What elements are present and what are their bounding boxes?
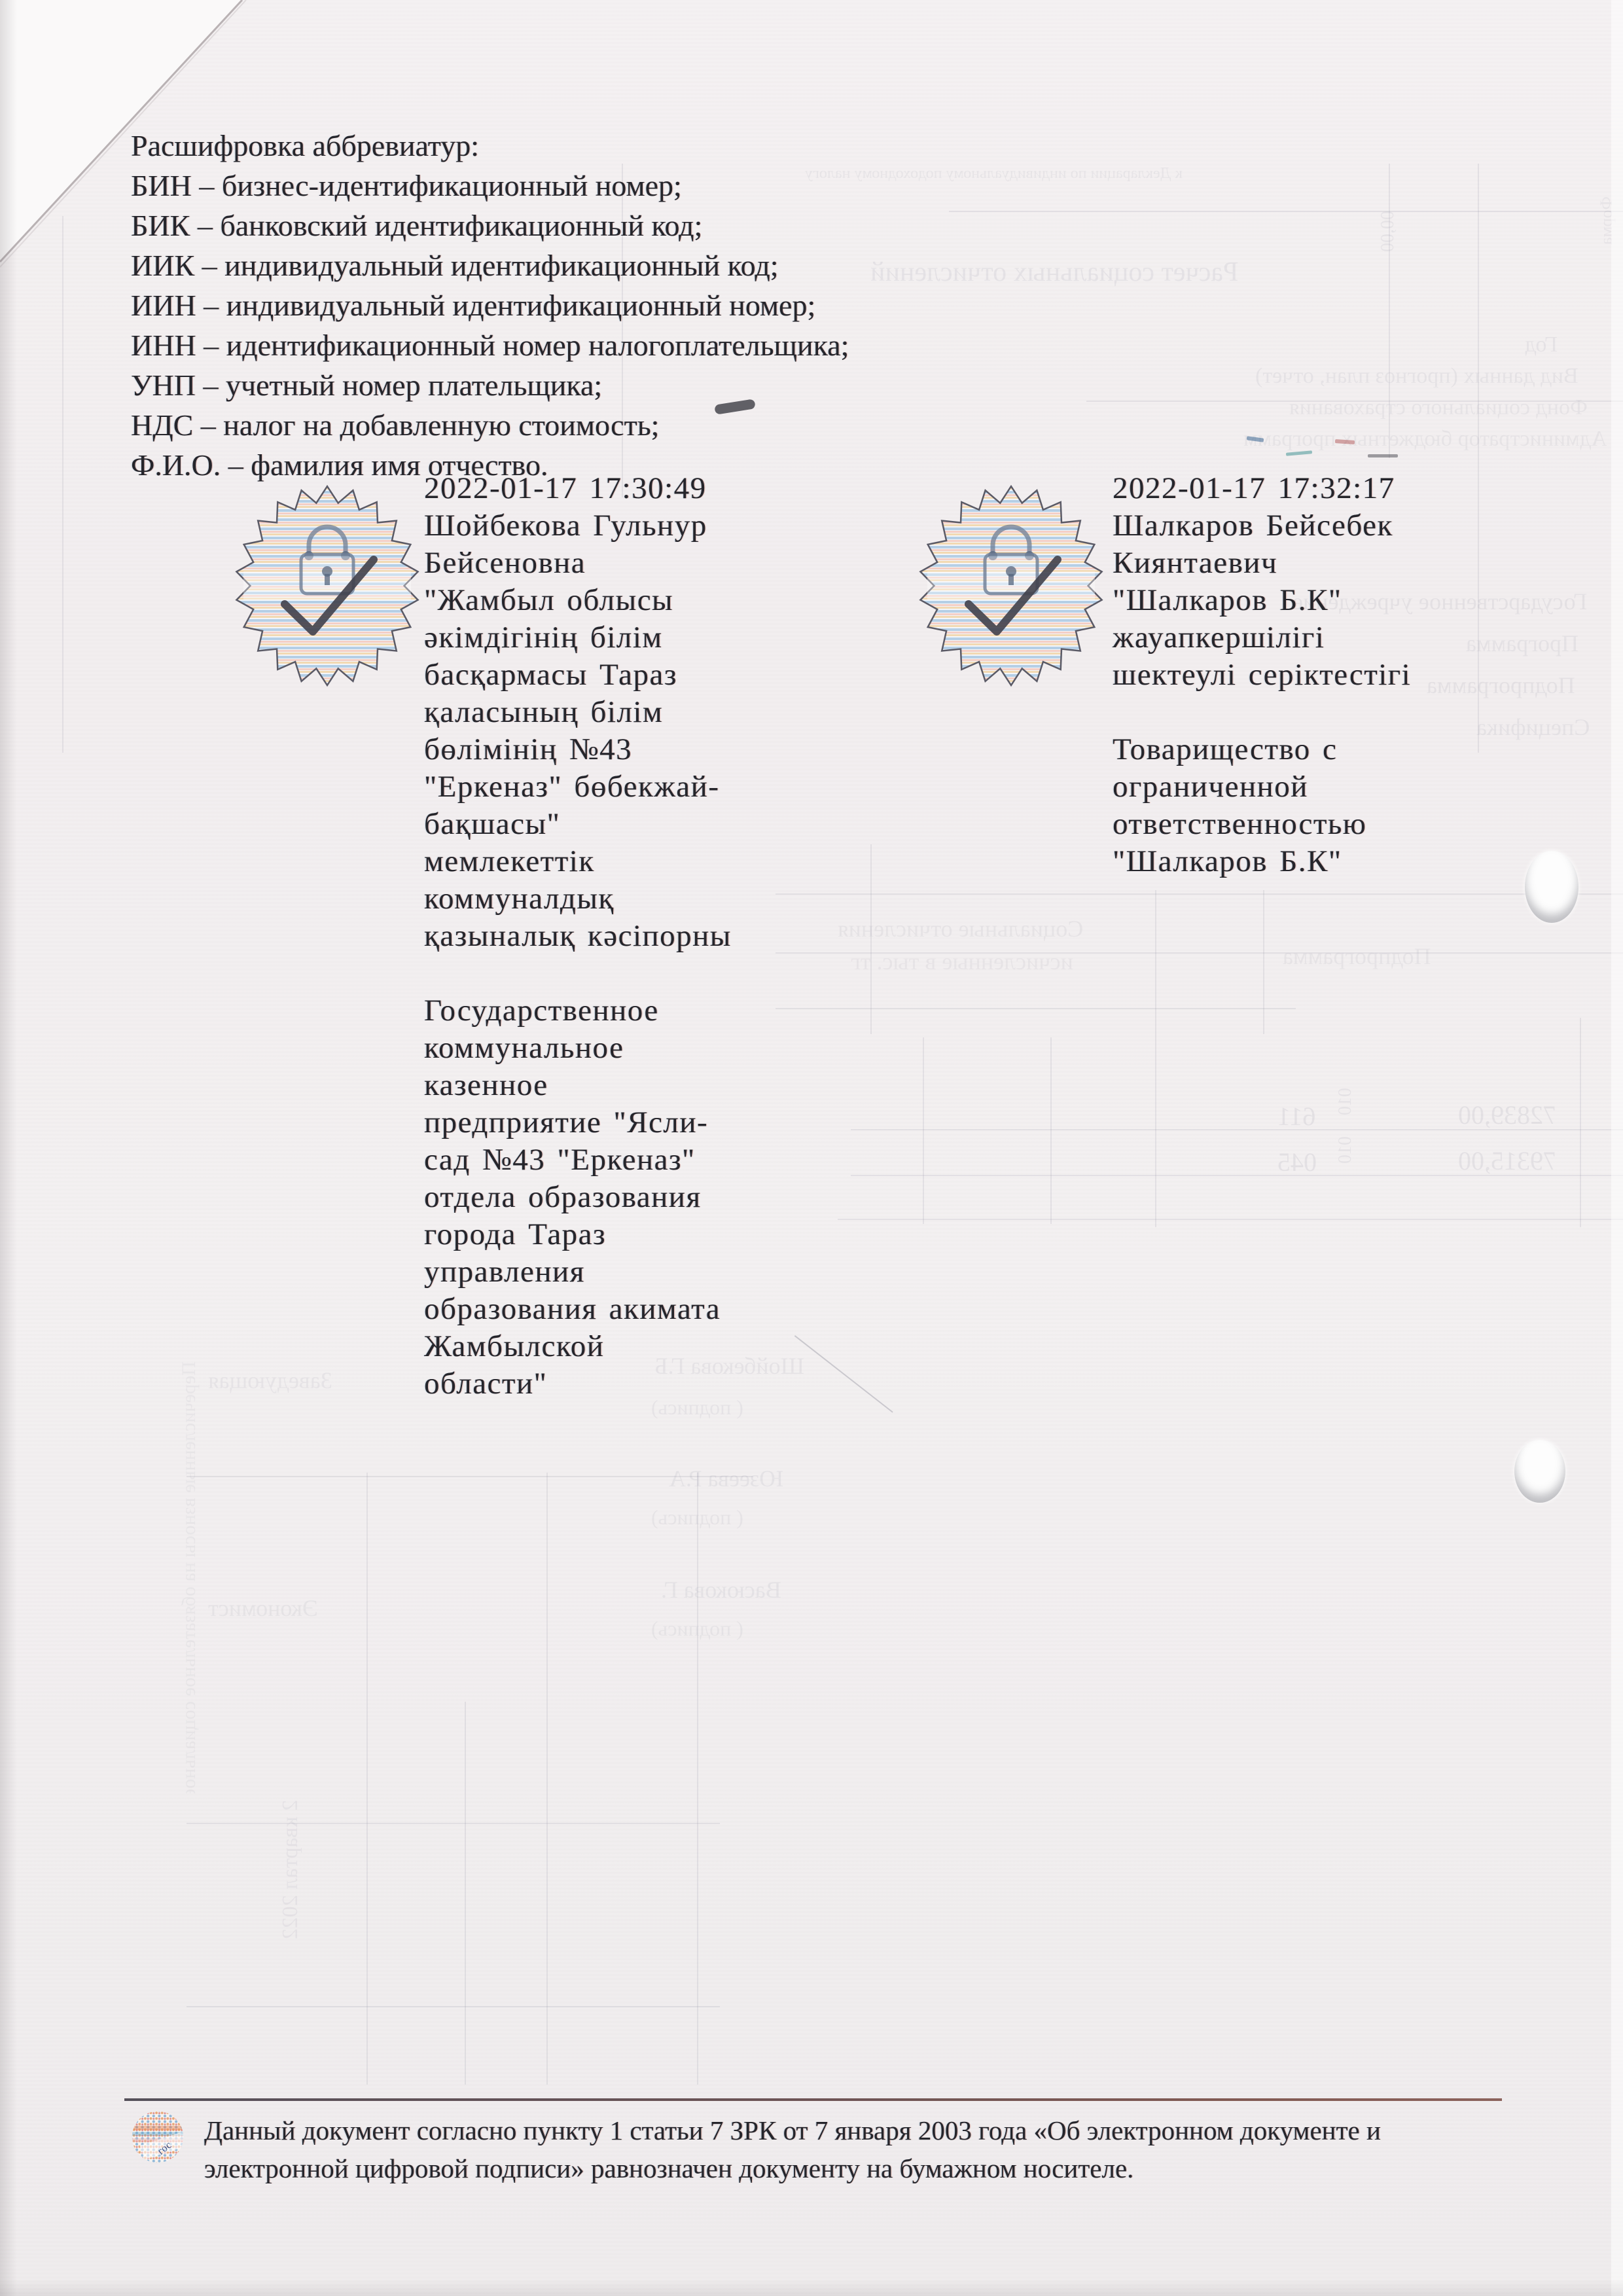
bleedthrough-text: Юзеева Р.А — [669, 1465, 783, 1492]
bleed-grid-line — [1050, 1037, 1052, 1224]
bleed-grid-line — [851, 1129, 1623, 1130]
bleed-grid-line — [187, 1823, 720, 1824]
bleedthrough-text: Васюкова Г. — [661, 1576, 781, 1604]
bleed-grid-line — [923, 1037, 924, 1224]
bleed-grid-line — [949, 211, 1623, 212]
bleed-grid-line — [1155, 890, 1156, 1227]
bleed-grid-line — [546, 1473, 548, 2085]
bleed-grid-line — [697, 1473, 698, 2085]
halftone-globe-stamp-icon: гос — [130, 2109, 186, 2165]
bleed-grid-line — [776, 893, 1623, 895]
bleed-grid-line — [62, 216, 63, 753]
bleedthrough-text: Специфика — [1476, 713, 1590, 741]
abbreviation-line: ИНН – идентификационный номер налогоплат… — [131, 325, 849, 365]
footer-divider — [124, 2098, 1502, 2101]
bleed-grid-line — [838, 1219, 1623, 1220]
bleedthrough-text: Перечисленные взносы на обязательное соц… — [178, 1361, 200, 1793]
bleedthrough-text: Подпрограмма — [1427, 672, 1575, 699]
bleed-grid-line — [1263, 890, 1264, 1034]
signature-text: Шалкаров Бейсебек Киянтаевич "Шалкаров Б… — [1113, 507, 1440, 880]
bleed-grid-line — [851, 1175, 1623, 1176]
bleedthrough-text: 2 квартал 2022 — [278, 1800, 303, 2016]
bleed-grid-line — [1478, 164, 1479, 753]
signature-block-right: 2022-01-17 17:32:17 Шалкаров Бейсебек Ки… — [1113, 470, 1440, 880]
bleedthrough-text: 611 — [1277, 1101, 1316, 1132]
bleed-grid-line — [776, 952, 1623, 954]
bleedthrough-text: 79315,00 — [1458, 1145, 1556, 1176]
bleedthrough-text: Фонд социального страхования — [1289, 395, 1588, 420]
bleedthrough-text: Администратор бюджетных программ — [1243, 427, 1607, 452]
bleed-grid-line — [1580, 1018, 1581, 1227]
scan-edge-shadow — [0, 2279, 1623, 2296]
bleedthrough-text: 010 — [1335, 1088, 1356, 1128]
scan-edge-highlight — [1611, 0, 1623, 2296]
scanned-document-page: Расчет социальных отчислений к Деклараци… — [0, 0, 1623, 2296]
bleed-grid-line — [187, 2006, 720, 2007]
punch-hole — [1514, 1440, 1565, 1503]
scan-speck — [1368, 454, 1398, 457]
signature-timestamp: 2022-01-17 17:32:17 — [1113, 470, 1440, 507]
abbreviation-line: НДС – налог на добавленную стоимость; — [131, 405, 849, 445]
scan-edge-shadow — [0, 0, 17, 2296]
bleedthrough-text: Вид данных (прогноз план, отчет) — [1255, 364, 1578, 389]
bleedthrough-text: Социальные отчисления — [838, 915, 1083, 942]
bleed-grid-line — [187, 1476, 753, 1477]
bleedthrough-text: 010 — [1335, 1136, 1356, 1177]
bleedthrough-text: Программа — [1466, 630, 1578, 657]
bleed-grid-line — [776, 1008, 1296, 1009]
bleed-grid-line — [870, 844, 872, 1034]
signature-text: Шойбекова Гульнур Бейсеновна "Жамбыл обл… — [424, 507, 751, 1403]
signature-block-left: 2022-01-17 17:30:49 Шойбекова Гульнур Бе… — [424, 470, 751, 1403]
bleedthrough-text: Подпрограмма — [1283, 942, 1431, 970]
footer-legal-text: Данный документ согласно пункту 1 статьи… — [204, 2111, 1520, 2187]
bleed-grid-line — [1389, 164, 1390, 458]
signature-seal-icon — [913, 481, 1109, 691]
bleedthrough-text: Экономист — [208, 1594, 318, 1622]
page-corner-fold — [0, 0, 275, 295]
bleed-grid-line — [1086, 401, 1623, 402]
bleedthrough-text: Расчет социальных отчислений — [870, 257, 1238, 288]
bleed-grid-line — [366, 1473, 368, 2085]
pencil-scratch — [794, 1335, 893, 1413]
signature-seal-icon — [229, 481, 425, 691]
bleedthrough-text: 00,00 — [1378, 211, 1399, 273]
punch-hole — [1525, 851, 1578, 923]
bleedthrough-text: 045 — [1277, 1147, 1317, 1177]
bleedthrough-text: Год — [1525, 332, 1558, 357]
signature-timestamp: 2022-01-17 17:30:49 — [424, 470, 751, 507]
abbreviation-line: УНП – учетный номер плательщика; — [131, 365, 849, 405]
bleedthrough-text: Заведующая — [208, 1367, 332, 1394]
bleed-grid-line — [465, 1702, 466, 2085]
bleedthrough-text: 72839,00 — [1458, 1100, 1556, 1130]
bleedthrough-text: к Декларации по индивидуальному подоходн… — [805, 165, 1183, 183]
